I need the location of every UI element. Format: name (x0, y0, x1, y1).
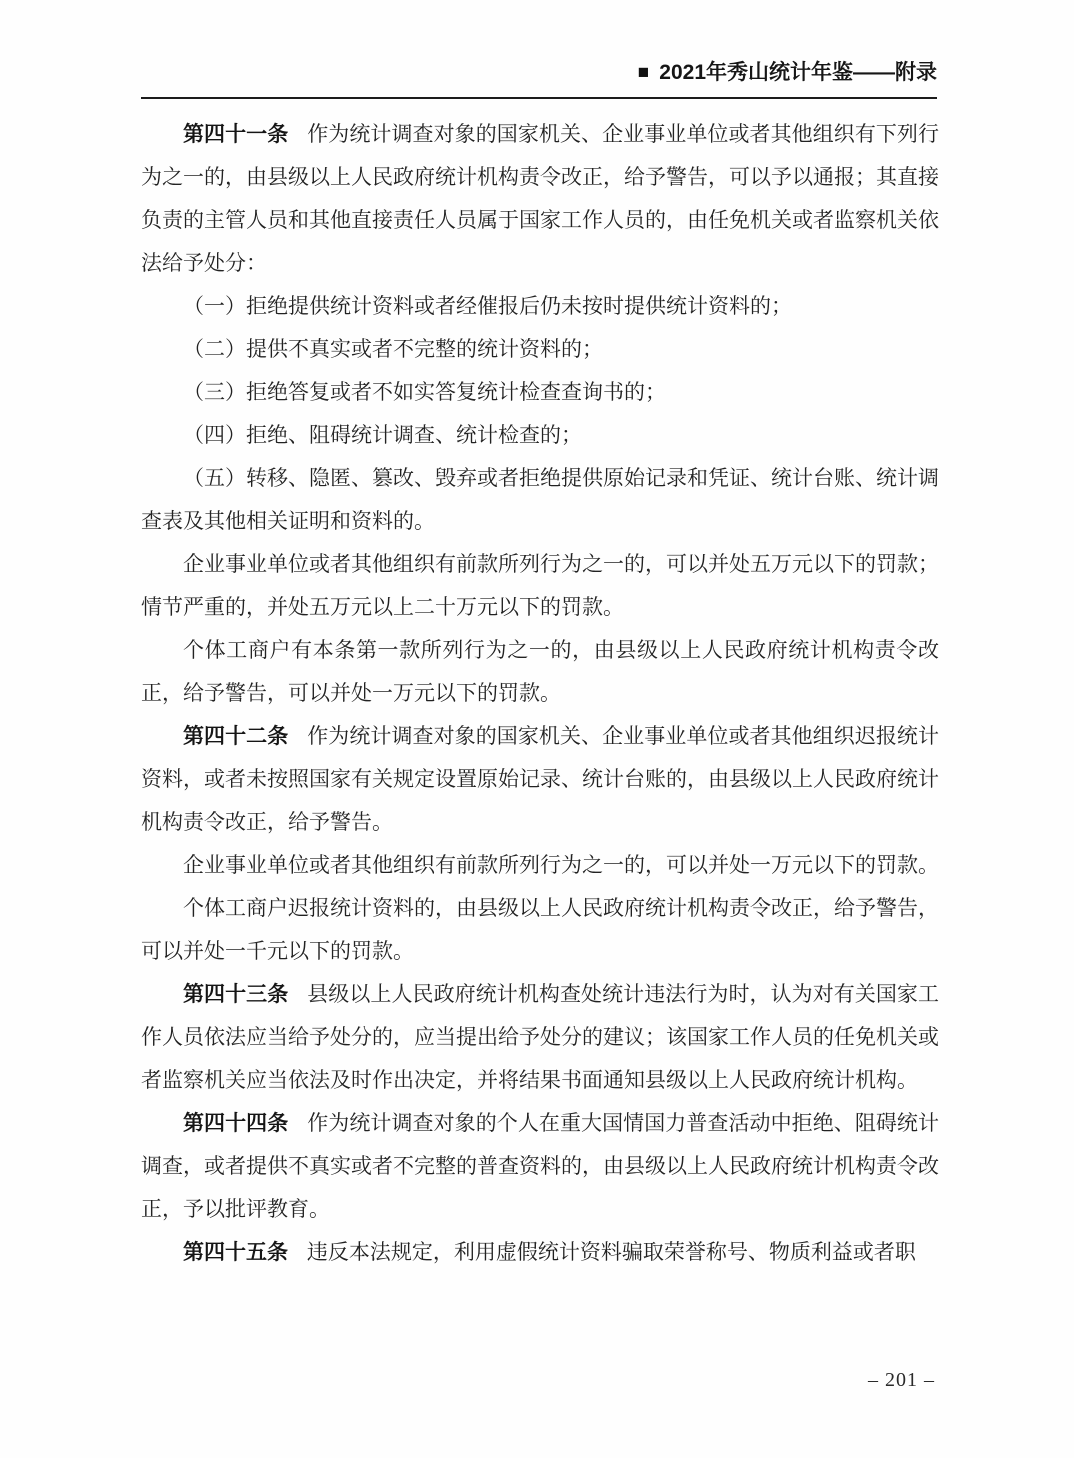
paragraph-text: 企业事业单位或者其他组织有前款所列行为之一的，可以并处五万元以下的罚款；情节严重… (141, 552, 939, 619)
document-body: 第四十一条作为统计调查对象的国家机关、企业事业单位或者其他组织有下列行为之一的，… (141, 113, 939, 1274)
article-44-lead: 第四十四条 (183, 1112, 288, 1135)
paragraph-item-1: （一）拒绝提供统计资料或者经催报后仍未按时提供统计资料的； (141, 285, 939, 328)
paragraph-article-45: 第四十五条违反本法规定，利用虚假统计资料骗取荣誉称号、物质利益或者职 (141, 1231, 939, 1274)
article-41-lead: 第四十一条 (183, 123, 288, 146)
paragraph-penalty-individual-2: 个体工商户迟报统计资料的，由县级以上人民政府统计机构责令改正，给予警告，可以并处… (141, 887, 939, 973)
page-footer: – 201 – (141, 1368, 935, 1392)
header-title: 2021年秀山统计年鉴——附录 (659, 61, 937, 84)
paragraph-text: 违反本法规定，利用虚假统计资料骗取荣誉称号、物质利益或者职 (307, 1240, 916, 1264)
paragraph-article-41: 第四十一条作为统计调查对象的国家机关、企业事业单位或者其他组织有下列行为之一的，… (141, 113, 939, 285)
paragraph-text: （五）转移、隐匿、篡改、毁弃或者拒绝提供原始记录和凭证、统计台账、统计调查表及其… (141, 466, 939, 533)
paragraph-text: 个体工商户有本条第一款所列行为之一的，由县级以上人民政府统计机构责令改正，给予警… (141, 638, 939, 705)
paragraph-item-3: （三）拒绝答复或者不如实答复统计检查查询书的； (141, 371, 939, 414)
paragraph-penalty-individual: 个体工商户有本条第一款所列行为之一的，由县级以上人民政府统计机构责令改正，给予警… (141, 629, 939, 715)
paragraph-article-42: 第四十二条作为统计调查对象的国家机关、企业事业单位或者其他组织迟报统计资料，或者… (141, 715, 939, 844)
paragraph-article-43: 第四十三条县级以上人民政府统计机构查处统计违法行为时，认为对有关国家工作人员依法… (141, 973, 939, 1102)
black-square-icon: ■ (638, 61, 649, 85)
article-43-lead: 第四十三条 (183, 983, 288, 1006)
article-45-lead: 第四十五条 (183, 1241, 288, 1264)
paragraph-text: 企业事业单位或者其他组织有前款所列行为之一的，可以并处一万元以下的罚款。 (183, 853, 939, 877)
paragraph-text: （一）拒绝提供统计资料或者经催报后仍未按时提供统计资料的； (183, 294, 792, 318)
paragraph-text: （四）拒绝、阻碍统计调查、统计检查的； (183, 423, 582, 447)
paragraph-text: 个体工商户迟报统计资料的，由县级以上人民政府统计机构责令改正，给予警告，可以并处… (141, 896, 939, 963)
paragraph-article-44: 第四十四条作为统计调查对象的个人在重大国情国力普查活动中拒绝、阻碍统计调查，或者… (141, 1102, 939, 1231)
running-header: ■2021年秀山统计年鉴——附录 (141, 61, 937, 99)
paragraph-penalty-unit-2: 企业事业单位或者其他组织有前款所列行为之一的，可以并处一万元以下的罚款。 (141, 844, 939, 887)
paragraph-penalty-unit: 企业事业单位或者其他组织有前款所列行为之一的，可以并处五万元以下的罚款；情节严重… (141, 543, 939, 629)
article-42-lead: 第四十二条 (183, 725, 288, 748)
paragraph-text: （三）拒绝答复或者不如实答复统计检查查询书的； (183, 380, 666, 404)
document-page: ■2021年秀山统计年鉴——附录 第四十一条作为统计调查对象的国家机关、企业事业… (0, 0, 1074, 1458)
paragraph-item-4: （四）拒绝、阻碍统计调查、统计检查的； (141, 414, 939, 457)
paragraph-item-5: （五）转移、隐匿、篡改、毁弃或者拒绝提供原始记录和凭证、统计台账、统计调查表及其… (141, 457, 939, 543)
paragraph-text: （二）提供不真实或者不完整的统计资料的； (183, 337, 603, 361)
page-number: – 201 – (868, 1369, 935, 1391)
paragraph-item-2: （二）提供不真实或者不完整的统计资料的； (141, 328, 939, 371)
